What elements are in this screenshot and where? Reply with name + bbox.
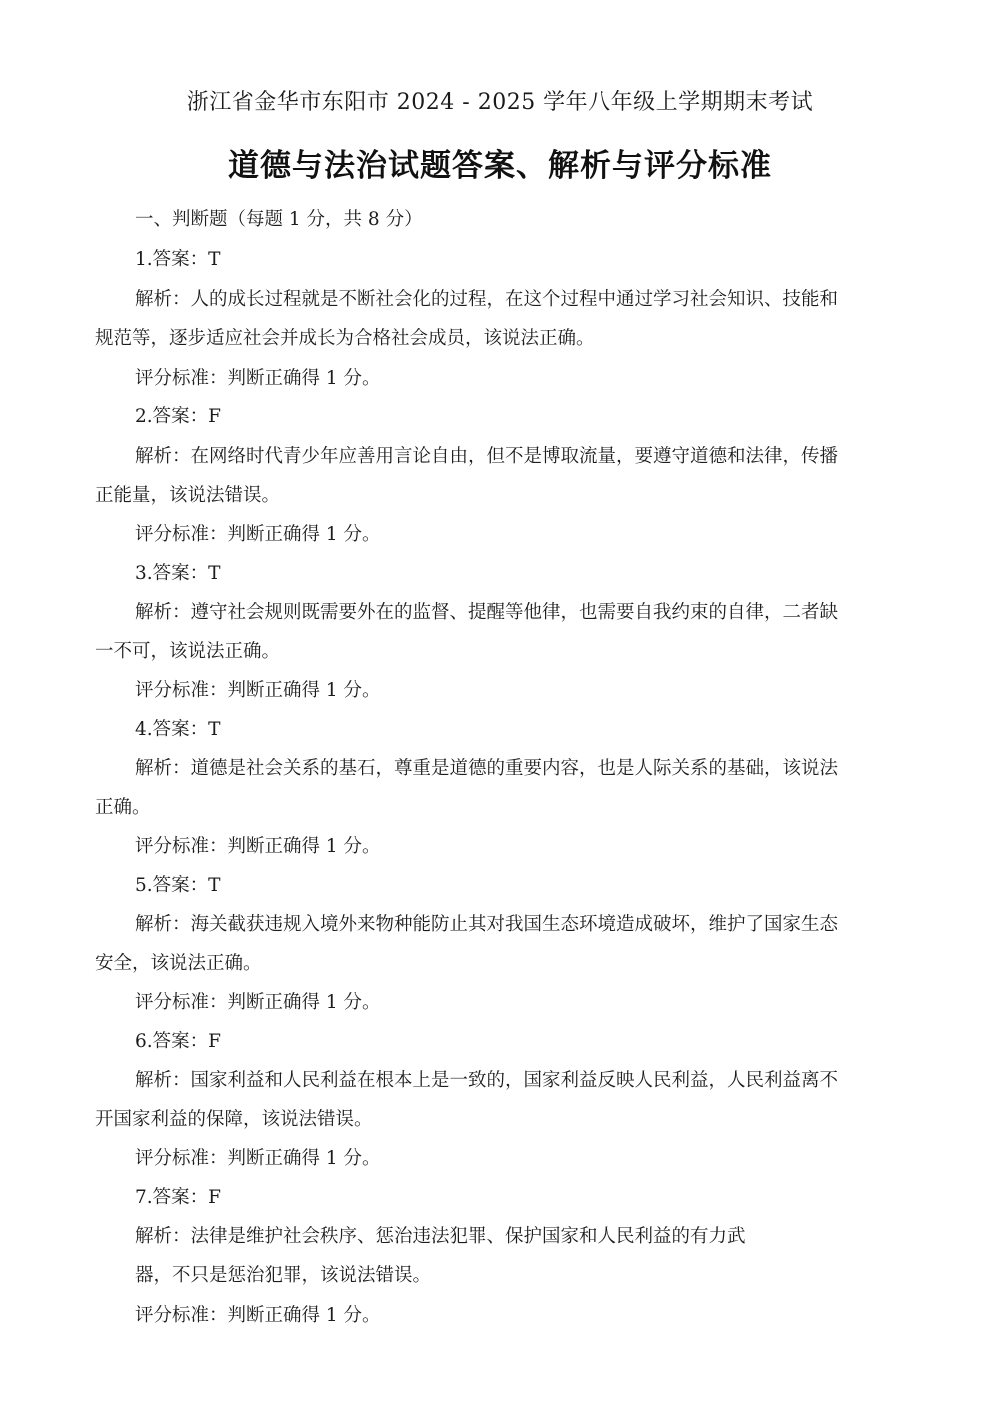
scoring-line: 评分标准：判断正确得 1 分。 (135, 367, 381, 391)
analysis-line-continued: 正能量，该说法错误。 (95, 484, 280, 508)
answer-line: 6.答案：F (135, 1030, 221, 1054)
answer-line: 7.答案：F (135, 1186, 221, 1210)
analysis-line: 解析：国家利益和人民利益在根本上是一致的，国家利益反映人民利益，人民利益离不 (135, 1069, 838, 1093)
analysis-line: 解析：道德是社会关系的基石，尊重是道德的重要内容，也是人际关系的基础，该说法 (135, 757, 838, 781)
scoring-line: 评分标准：判断正确得 1 分。 (135, 991, 381, 1015)
answer-line: 1.答案：T (135, 248, 221, 272)
analysis-line-continued: 开国家利益的保障，该说法错误。 (95, 1108, 373, 1132)
analysis-line-continued: 一不可，该说法正确。 (95, 640, 280, 664)
scoring-line: 评分标准：判断正确得 1 分。 (135, 679, 381, 703)
document-page: 浙江省金华市东阳市 2024 - 2025 学年八年级上学期期末考试 道德与法治… (0, 0, 1000, 1414)
answer-line: 5.答案：T (135, 874, 221, 898)
analysis-line: 解析：海关截获违规入境外来物种能防止其对我国生态环境造成破坏，维护了国家生态 (135, 913, 838, 937)
analysis-line-continued: 正确。 (95, 796, 151, 820)
answer-line: 3.答案：T (135, 562, 221, 586)
analysis-line-continued: 规范等，逐步适应社会并成长为合格社会成员，该说法正确。 (95, 327, 595, 351)
document-title: 道德与法治试题答案、解析与评分标准 (0, 140, 1000, 185)
exam-title: 浙江省金华市东阳市 2024 - 2025 学年八年级上学期期末考试 (0, 85, 1000, 116)
analysis-line-continued: 器，不只是惩治犯罪，该说法错误。 (135, 1264, 431, 1288)
analysis-line-continued: 安全，该说法正确。 (95, 952, 262, 976)
analysis-line: 解析：遵守社会规则既需要外在的监督、提醒等他律，也需要自我约束的自律，二者缺 (135, 601, 838, 625)
analysis-line: 解析：人的成长过程就是不断社会化的过程，在这个过程中通过学习社会知识、技能和 (135, 288, 838, 312)
answer-line: 4.答案：T (135, 718, 221, 742)
answer-line: 2.答案：F (135, 405, 221, 429)
section-heading: 一、判断题（每题 1 分，共 8 分） (135, 208, 423, 232)
scoring-line: 评分标准：判断正确得 1 分。 (135, 1147, 381, 1171)
scoring-line: 评分标准：判断正确得 1 分。 (135, 835, 381, 859)
analysis-line: 解析：法律是维护社会秩序、惩治违法犯罪、保护国家和人民利益的有力武 (135, 1225, 746, 1249)
scoring-line: 评分标准：判断正确得 1 分。 (135, 523, 381, 547)
analysis-line: 解析：在网络时代青少年应善用言论自由，但不是博取流量，要遵守道德和法律，传播 (135, 445, 838, 469)
scoring-line: 评分标准：判断正确得 1 分。 (135, 1304, 381, 1328)
